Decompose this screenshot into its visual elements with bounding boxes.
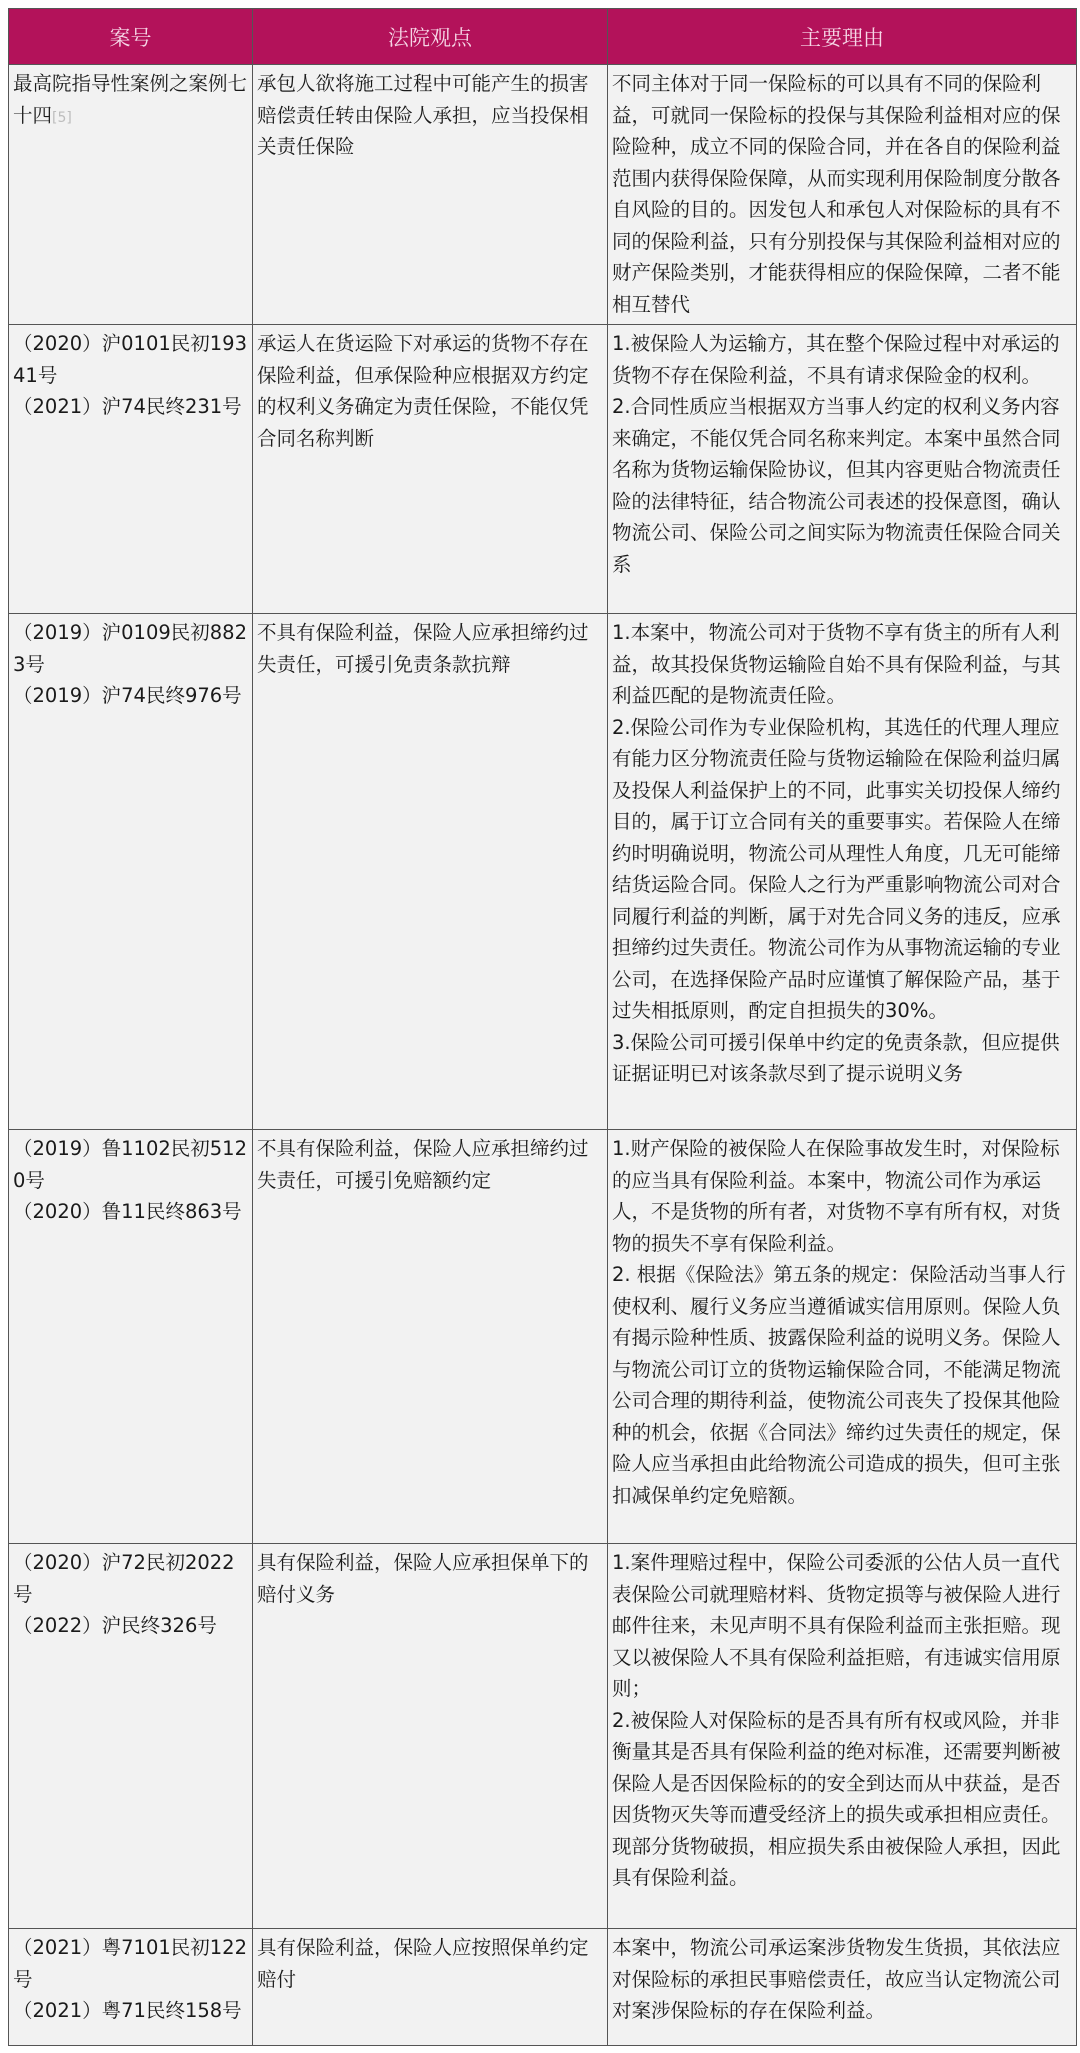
court-view-cell: 具有保险利益，保险人应按照保单约定赔付 [253,1929,608,2046]
court-view: 不具有保险利益，保险人应承担缔约过失责任，可援引免赔额约定 [253,1130,607,1200]
reasons-cell: 不同主体对于同一保险标的可以具有不同的保险利益，可就同一保险标的投保与其保险利益… [608,65,1077,325]
table-header-row: 案号 法院观点 主要理由 [9,9,1077,65]
reasons-cell: 1.本案中，物流公司对于货物不享有货主的所有人利益，故其投保货物运输险自始不具有… [608,614,1077,1130]
court-view: 承包人欲将施工过程中可能产生的损害赔偿责任转由保险人承担，应当投保相关责任保险 [253,65,607,167]
court-view-cell: 不具有保险利益，保险人应承担缔约过失责任，可援引免赔额约定 [253,1130,608,1544]
reason-paragraph: 不同主体对于同一保险标的可以具有不同的保险利益，可就同一保险标的投保与其保险利益… [612,68,1072,320]
court-view: 具有保险利益，保险人应承担保单下的赔付义务 [253,1544,607,1614]
reason-paragraph: 2.被保险人对保险标的是否具有所有权或风险，并非衡量其是否具有保险利益的绝对标准… [612,1705,1072,1894]
table-row: （2019）沪0109民初8823号 （2019）沪74民终976号 不具有保险… [9,614,1077,1130]
court-view-cell: 具有保险利益，保险人应承担保单下的赔付义务 [253,1544,608,1929]
reasons-cell: 1.财产保险的被保险人在保险事故发生时，对保险标的应当具有保险利益。本案中，物流… [608,1130,1077,1544]
table-row: （2020）沪0101民初19341号 （2021）沪74民终231号 承运人在… [9,325,1077,614]
case-number: （2021）粤7101民初122号 （2021）粤71民终158号 [9,1929,252,2031]
court-view-cell: 承包人欲将施工过程中可能产生的损害赔偿责任转由保险人承担，应当投保相关责任保险 [253,65,608,325]
footnote-ref[interactable]: [5] [52,110,72,126]
reason-paragraph: 2.保险公司作为专业保险机构，其选任的代理人理应有能力区分物流责任险与货物运输险… [612,712,1072,1027]
case-number: （2020）沪0101民初19341号 （2021）沪74民终231号 [9,325,252,427]
court-view: 不具有保险利益，保险人应承担缔约过失责任，可援引免责条款抗辩 [253,614,607,684]
header-main-reasons: 主要理由 [608,9,1077,65]
case-number-cell: （2019）鲁1102民初5120号 （2020）鲁11民终863号 [9,1130,253,1544]
case-number: （2020）沪72民初2022号 （2022）沪民终326号 [9,1544,252,1646]
table-row: （2021）粤7101民初122号 （2021）粤71民终158号 具有保险利益… [9,1929,1077,2046]
case-number-cell: （2020）沪0101民初19341号 （2021）沪74民终231号 [9,325,253,614]
table-row: （2019）鲁1102民初5120号 （2020）鲁11民终863号 不具有保险… [9,1130,1077,1544]
case-comparison-table: 案号 法院观点 主要理由 最高院指导性案例之案例七十四[5] 承包人欲将施工过程… [8,8,1077,2046]
reasons-cell: 1.案件理赔过程中，保险公司委派的公估人员一直代表保险公司就理赔材料、货物定损等… [608,1544,1077,1929]
header-case-number: 案号 [9,9,253,65]
reasons-cell: 本案中，物流公司承运案涉货物发生货损，其依法应对保险标的承担民事赔偿责任，故应当… [608,1929,1077,2046]
reason-paragraph: 1.本案中，物流公司对于货物不享有货主的所有人利益，故其投保货物运输险自始不具有… [612,617,1072,712]
case-number: （2019）鲁1102民初5120号 （2020）鲁11民终863号 [9,1130,252,1232]
reason-paragraph: 1.案件理赔过程中，保险公司委派的公估人员一直代表保险公司就理赔材料、货物定损等… [612,1547,1072,1705]
case-number: 最高院指导性案例之案例七十四 [13,72,247,127]
reason-paragraph: 2.合同性质应当根据双方当事人约定的权利义务内容来确定，不能仅凭合同名称来判定。… [612,391,1072,580]
reason-paragraph: 1.财产保险的被保险人在保险事故发生时，对保险标的应当具有保险利益。本案中，物流… [612,1133,1072,1259]
court-view-cell: 不具有保险利益，保险人应承担缔约过失责任，可援引免责条款抗辩 [253,614,608,1130]
case-number: （2019）沪0109民初8823号 （2019）沪74民终976号 [9,614,252,716]
reason-paragraph: 1.被保险人为运输方，其在整个保险过程中对承运的货物不存在保险利益，不具有请求保… [612,328,1072,391]
case-number-cell: 最高院指导性案例之案例七十四[5] [9,65,253,325]
reason-paragraph: 3.保险公司可援引保单中约定的免责条款，但应提供证据证明已对该条款尽到了提示说明… [612,1027,1072,1090]
court-view: 具有保险利益，保险人应按照保单约定赔付 [253,1929,607,1999]
reason-paragraph: 2. 根据《保险法》第五条的规定：保险活动当事人行使权利、履行义务应当遵循诚实信… [612,1259,1072,1511]
table-row: （2020）沪72民初2022号 （2022）沪民终326号 具有保险利益，保险… [9,1544,1077,1929]
header-court-view: 法院观点 [253,9,608,65]
case-number-cell: （2021）粤7101民初122号 （2021）粤71民终158号 [9,1929,253,2046]
reason-paragraph: 本案中，物流公司承运案涉货物发生货损，其依法应对保险标的承担民事赔偿责任，故应当… [612,1932,1072,2027]
table-row: 最高院指导性案例之案例七十四[5] 承包人欲将施工过程中可能产生的损害赔偿责任转… [9,65,1077,325]
case-number-cell: （2019）沪0109民初8823号 （2019）沪74民终976号 [9,614,253,1130]
case-number-cell: （2020）沪72民初2022号 （2022）沪民终326号 [9,1544,253,1929]
court-view-cell: 承运人在货运险下对承运的货物不存在保险利益，但承保险种应根据双方约定的权利义务确… [253,325,608,614]
reasons-cell: 1.被保险人为运输方，其在整个保险过程中对承运的货物不存在保险利益，不具有请求保… [608,325,1077,614]
court-view: 承运人在货运险下对承运的货物不存在保险利益，但承保险种应根据双方约定的权利义务确… [253,325,607,458]
